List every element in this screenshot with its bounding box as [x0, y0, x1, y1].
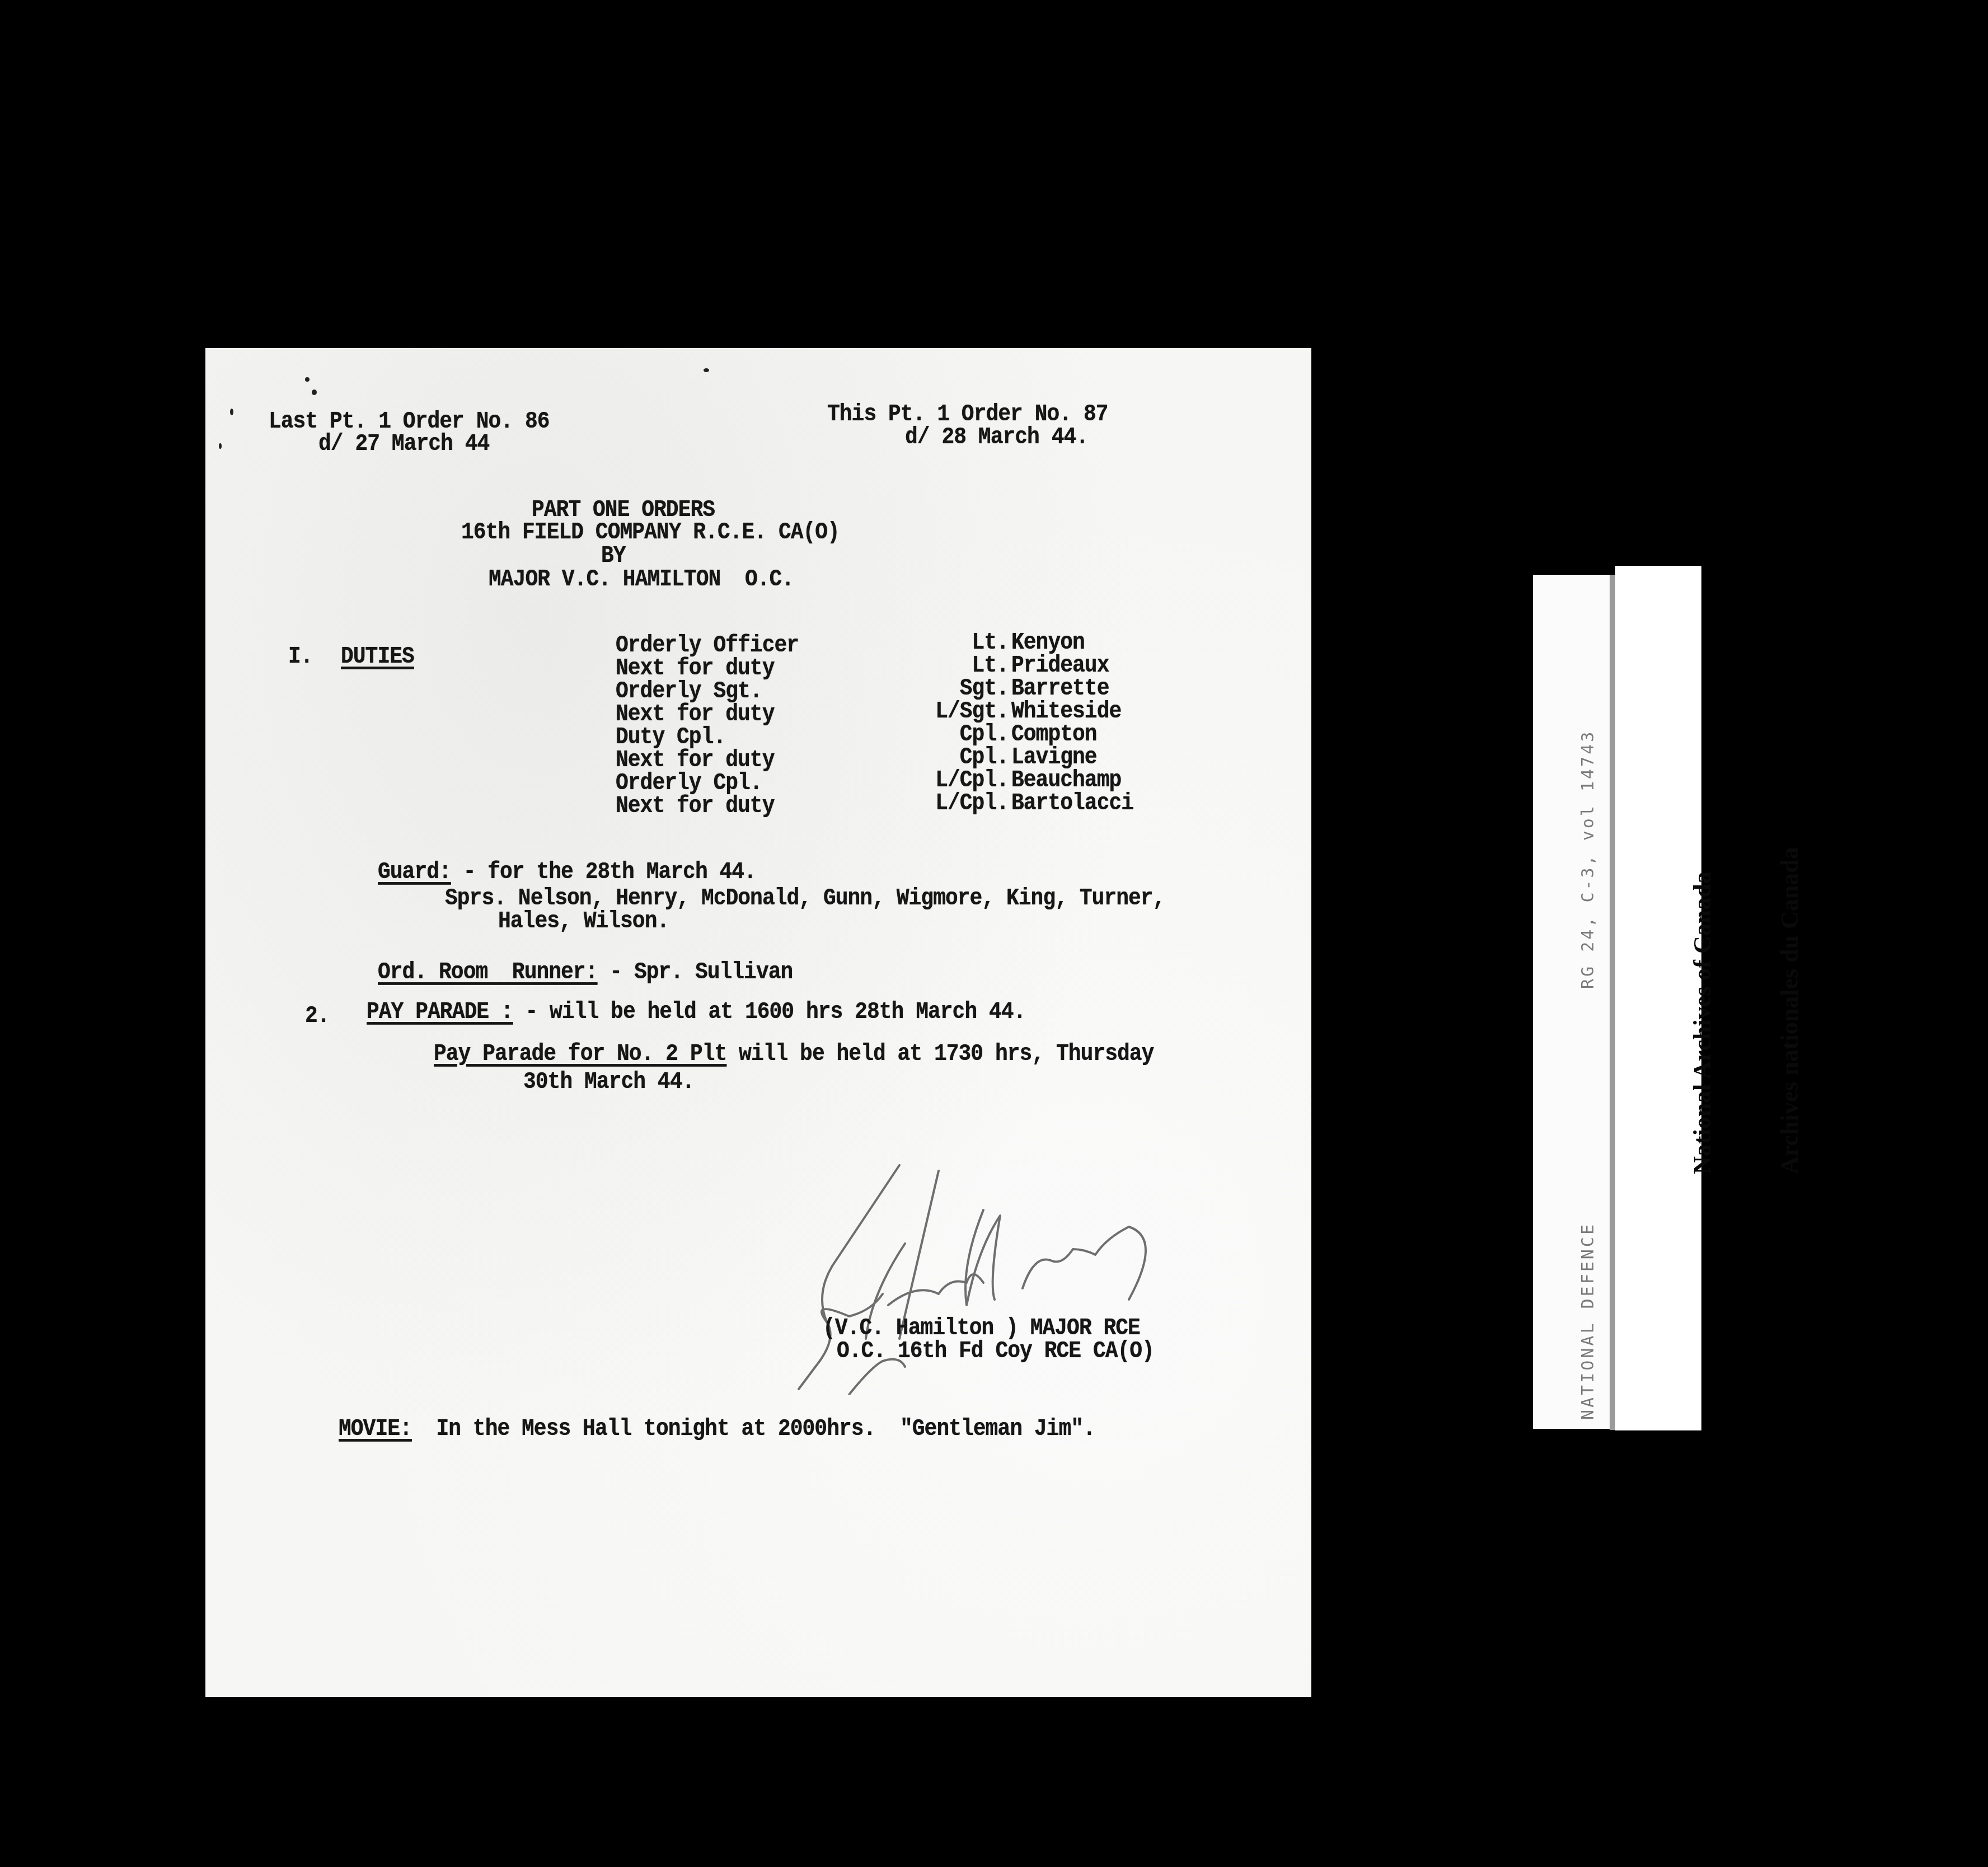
section-1-number: I.	[288, 645, 313, 670]
runner-line: Ord. Room Runner: - Spr. Sullivan	[378, 960, 793, 986]
document-page: Last Pt. 1 Order No. 86 d/ 27 March 44 T…	[205, 348, 1311, 1697]
guard-members-line2: Hales, Wilson.	[498, 909, 669, 935]
pay-parade-line: PAY PARADE : - will be held at 1600 hrs …	[367, 1000, 1025, 1025]
paper-speck	[230, 409, 233, 415]
pay-parade-text: - will be held at 1600 hrs 28th March 44…	[513, 999, 1026, 1026]
guard-text: - for the 28th March 44.	[451, 859, 756, 886]
paper-speck	[312, 390, 317, 395]
archive-reference-strip: RG 24, C-3, vol 14743 File/dossier 718 N…	[1533, 575, 1610, 1429]
pay-parade-plt-label: Pay Parade for No. 2 Plt	[434, 1041, 726, 1068]
section-2-number: 2.	[305, 1004, 330, 1029]
paper-speck	[219, 443, 222, 449]
signature-title-line: O.C. 16th Fd Coy RCE CA(O)	[837, 1339, 1154, 1364]
pay-parade-plt-date: 30th March 44.	[523, 1070, 694, 1095]
title-unit: 16th FIELD COMPANY R.C.E. CA(O)	[461, 520, 840, 546]
movie-line: MOVIE: In the Mess Hall tonight at 2000h…	[339, 1417, 1095, 1442]
duty-name: Bartolacci	[1011, 791, 1133, 817]
duty-roles-column: Orderly Officer Next for duty Orderly Sg…	[616, 634, 799, 817]
paper-speck	[305, 377, 310, 382]
title-commander: MAJOR V.C. HAMILTON O.C.	[489, 567, 794, 593]
archive-reference-line1: RG 24, C-3, vol 14743	[1579, 730, 1598, 989]
label-divider	[1610, 575, 1615, 1430]
guard-label: Guard:	[378, 859, 451, 886]
institution-line1: National Archives of Canada	[1688, 847, 1717, 1174]
this-order-date: d/ 28 March 44.	[905, 425, 1088, 451]
movie-text: In the Mess Hall tonight at 2000hrs. "Ge…	[412, 1416, 1095, 1443]
guard-line: Guard: - for the 28th March 44.	[378, 860, 756, 885]
archive-institution-strip: National Archives of Canada Archives nat…	[1615, 566, 1701, 1430]
duty-rank: L/Cpl.	[787, 791, 1009, 817]
runner-label: Ord. Room Runner:	[378, 959, 597, 986]
runner-text: - Spr. Sullivan	[597, 959, 793, 986]
institution-name: National Archives of Canada Archives nat…	[1630, 847, 1863, 1174]
pay-parade-plt-line: Pay Parade for No. 2 Plt will be held at…	[434, 1042, 1154, 1067]
last-order-date: d/ 27 March 44	[318, 432, 489, 457]
duty-role: Next for duty	[616, 794, 799, 820]
paper-speck	[704, 368, 709, 372]
institution-line2: Archives nationales du Canada	[1775, 847, 1804, 1174]
movie-label: MOVIE:	[339, 1416, 412, 1443]
pay-parade-plt-text: will be held at 1730 hrs, Thursday	[726, 1041, 1154, 1068]
department-line1: NATIONAL DEFENCE	[1579, 1210, 1598, 1420]
duty-ranks-column: Lt. Lt. Sgt. L/Sgt. Cpl. Cpl. L/Cpl. L/C…	[787, 631, 1009, 814]
pay-parade-heading: PAY PARADE :	[367, 999, 513, 1026]
section-1-heading: DUTIES	[341, 645, 414, 670]
title-by: BY	[601, 544, 626, 569]
duty-names-column: Kenyon Prideaux Barrette Whiteside Compt…	[1011, 631, 1133, 814]
